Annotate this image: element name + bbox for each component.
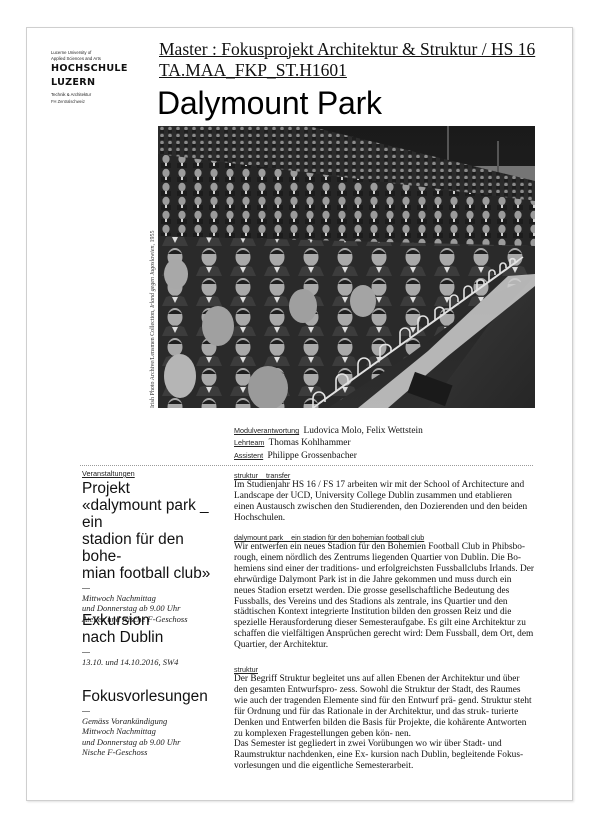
content-block-transfer: struktur _ transfer Im Studienjahr HS 16… bbox=[234, 471, 534, 524]
event-title-line: Exkursion bbox=[82, 612, 178, 629]
logo-name-1: HOCHSCHULE bbox=[51, 64, 141, 74]
event-info-line: und Donnerstag ab 9.00 Uhr bbox=[82, 737, 208, 747]
credit-label: Lehrteam bbox=[234, 438, 264, 447]
credit-row: Assistent Philippe Grossenbacher bbox=[234, 450, 423, 462]
page-title: Dalymount Park bbox=[157, 84, 382, 122]
event-title-line: Fokusvorlesungen bbox=[82, 688, 208, 705]
stadium-crowd-illustration bbox=[158, 126, 535, 408]
credit-value: Ludovica Molo, Felix Wettstein bbox=[303, 426, 422, 436]
block-text: Wir entwerfen ein neues Stadion für den … bbox=[234, 542, 534, 651]
dash-separator bbox=[82, 711, 90, 712]
event-info-line: 13.10. und 14.10.2016, SW4 bbox=[82, 657, 178, 667]
event-info-line: Mittwoch Nachmittag bbox=[82, 593, 227, 603]
event-info-line: Nische F-Geschoss bbox=[82, 747, 208, 757]
content-block-dalymount: dalymount park _ ein stadion für den boh… bbox=[234, 533, 534, 651]
block-label: struktur bbox=[234, 665, 534, 674]
stadium-crowd-photo bbox=[158, 126, 535, 408]
event-title: Fokusvorlesungen bbox=[82, 688, 208, 705]
module-credits: Modulverantwortung Ludovica Molo, Felix … bbox=[234, 425, 423, 462]
event-title-line: stadion für den bohe- bbox=[82, 531, 227, 565]
event-title-line: «dalymount park _ ein bbox=[82, 497, 227, 531]
event-info-line: Gemäss Vorankündigung bbox=[82, 716, 208, 726]
dash-separator bbox=[82, 588, 90, 589]
dash-separator bbox=[82, 652, 90, 653]
event-item: Exkursion nach Dublin 13.10. und 14.10.2… bbox=[82, 610, 178, 667]
logo-tagline-2: Applied Sciences and Arts bbox=[51, 56, 141, 62]
credit-row: Lehrteam Thomas Kohlhammer bbox=[234, 437, 423, 449]
event-title-line: nach Dublin bbox=[82, 629, 178, 646]
credit-row: Modulverantwortung Ludovica Molo, Felix … bbox=[234, 425, 423, 437]
block-text: Im Studienjahr HS 16 / FS 17 arbeiten wi… bbox=[234, 480, 534, 524]
course-code: TA.MAA_FKP_ST.H1601 bbox=[159, 61, 347, 80]
block-label: struktur _ transfer bbox=[234, 471, 534, 480]
event-info-line: Mittwoch Nachmittag bbox=[82, 726, 208, 736]
block-label: dalymount park _ ein stadion für den boh… bbox=[234, 533, 534, 542]
logo-region: FH Zentralschweiz bbox=[51, 99, 141, 104]
photo-caption-title: Irland gegen Jugoslawien bbox=[150, 246, 156, 308]
photo-caption: Irish Photo Archive/Lensmen Collection, … bbox=[148, 126, 158, 408]
course-title: Master : Fokusprojekt Architektur & Stru… bbox=[159, 40, 535, 59]
events-column: Veranstaltungen Projekt «dalymount park … bbox=[82, 469, 227, 624]
photo-caption-credit: Irish Photo Archive/Lensmen Collection, bbox=[150, 308, 156, 408]
photo-caption-year: , 1955 bbox=[150, 231, 156, 246]
event-title-line: Projekt bbox=[82, 480, 227, 497]
hslu-logo: Lucerne University of Applied Sciences a… bbox=[51, 50, 141, 104]
event-title: Projekt «dalymount park _ ein stadion fü… bbox=[82, 480, 227, 582]
event-item: Fokusvorlesungen Gemäss Vorankündigung M… bbox=[82, 686, 208, 758]
logo-name-2: LUZERN bbox=[51, 78, 141, 88]
event-item: Projekt «dalymount park _ ein stadion fü… bbox=[82, 480, 227, 624]
event-info: Gemäss Vorankündigung Mittwoch Nachmitta… bbox=[82, 716, 208, 758]
event-title-line: mian football club» bbox=[82, 565, 227, 582]
block-text-semester: Das Semester ist gegliedert in zwei Vorü… bbox=[234, 739, 534, 772]
content-column: struktur _ transfer Im Studienjahr HS 16… bbox=[234, 471, 534, 534]
content-block-struktur: struktur Der Begriff Struktur begleitet … bbox=[234, 665, 534, 772]
credit-label: Modulverantwortung bbox=[234, 426, 299, 435]
credit-label: Assistent bbox=[234, 451, 263, 460]
event-title: Exkursion nach Dublin bbox=[82, 612, 178, 646]
event-info: 13.10. und 14.10.2016, SW4 bbox=[82, 657, 178, 667]
section-divider bbox=[80, 465, 533, 466]
logo-department: Technik & Architektur bbox=[51, 92, 141, 97]
credit-value: Philippe Grossenbacher bbox=[268, 451, 357, 461]
events-section-label: Veranstaltungen bbox=[82, 469, 227, 478]
block-text: Der Begriff Struktur begleitet uns auf a… bbox=[234, 674, 534, 739]
credit-value: Thomas Kohlhammer bbox=[269, 438, 351, 448]
